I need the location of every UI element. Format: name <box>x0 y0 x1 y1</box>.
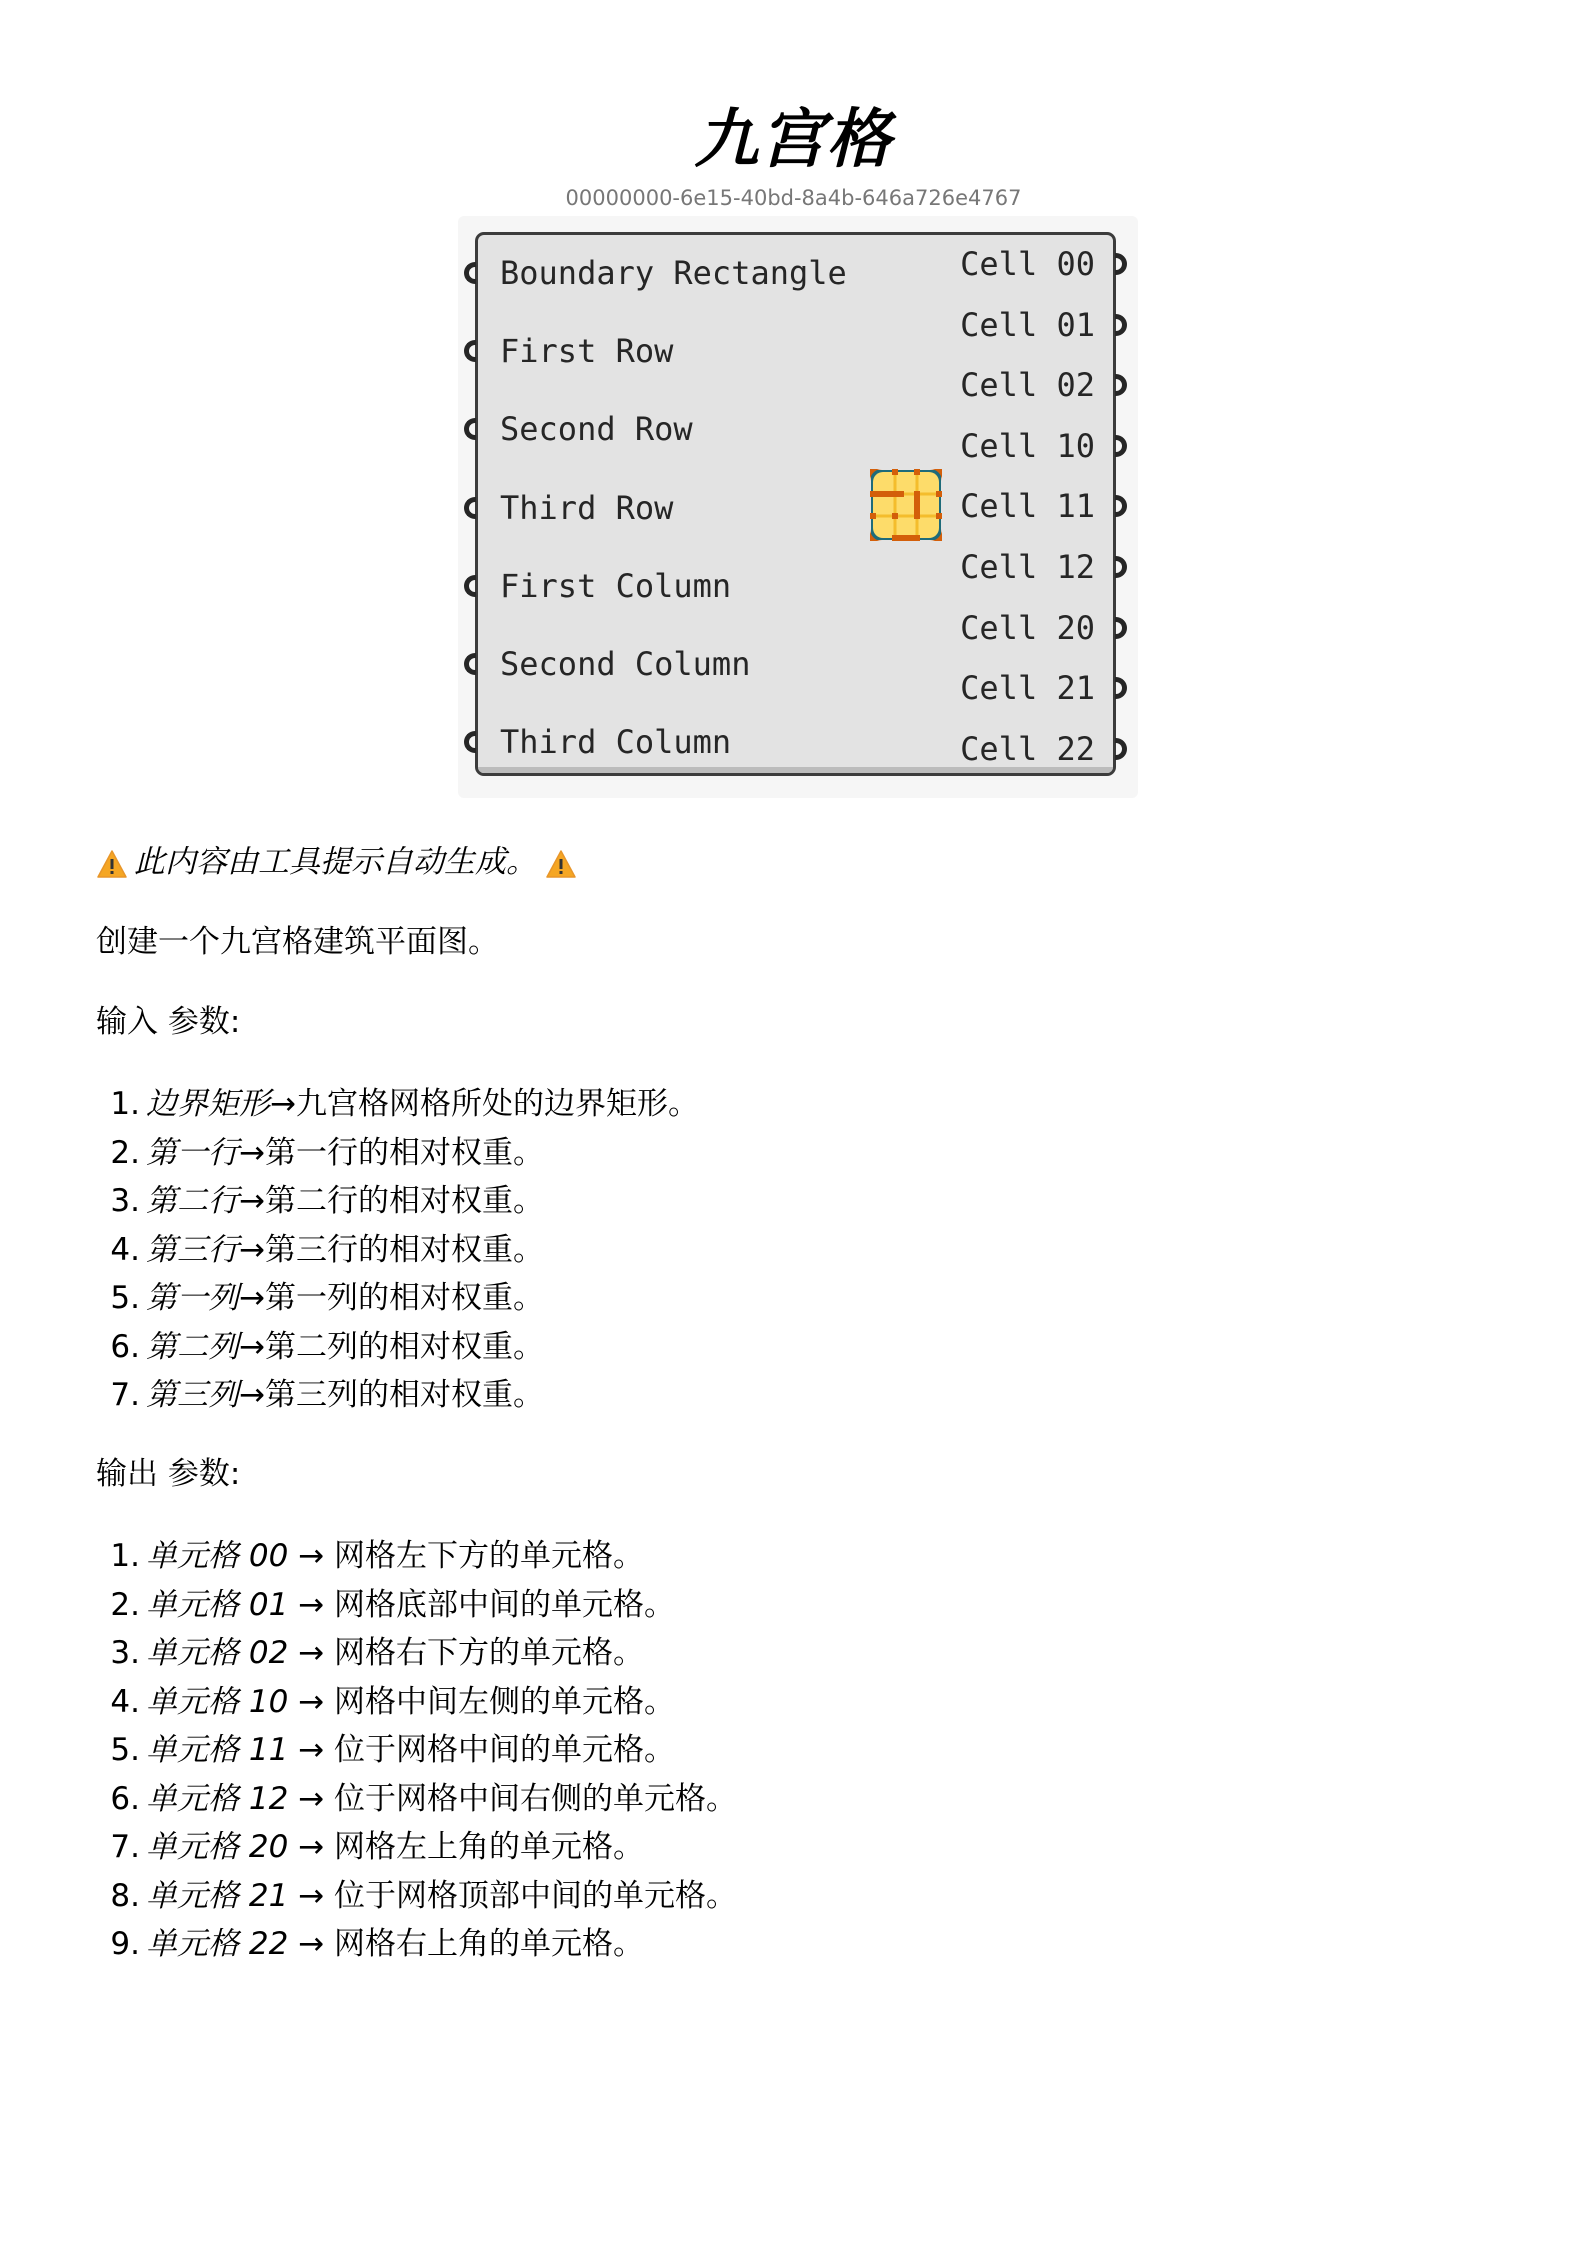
page-title: 九宫格 <box>0 100 1587 180</box>
inputs-heading: 输入 参数: <box>96 1000 240 1044</box>
description: 创建一个九宫格建筑平面图。 <box>96 920 499 964</box>
input-label: Third Row <box>500 488 673 528</box>
list-item: 1.单元格 00 → 网格左下方的单元格。 <box>100 1532 737 1581</box>
warning-icon <box>545 847 577 877</box>
output-label: Cell 12 <box>960 547 1095 587</box>
output-label: Cell 02 <box>960 365 1095 405</box>
input-label: Second Row <box>500 409 693 449</box>
inputs-list: 1.边界矩形→九宫格网格所处的边界矩形。 2.第一行→第一行的相对权重。 3.第… <box>100 1080 699 1420</box>
component-guid: 00000000-6e15-40bd-8a4b-646a726e4767 <box>0 184 1587 212</box>
outputs-heading: 输出 参数: <box>96 1452 240 1496</box>
output-label: Cell 11 <box>960 486 1095 526</box>
list-item: 7.单元格 20 → 网格左上角的单元格。 <box>100 1823 737 1872</box>
input-label: Second Column <box>500 644 750 684</box>
output-label: Cell 22 <box>960 729 1095 769</box>
warning-icon <box>96 847 128 877</box>
list-item: 3.第二行→第二行的相对权重。 <box>100 1177 699 1226</box>
notice-text: 此内容由工具提示自动生成。 <box>134 840 537 884</box>
list-item: 3.单元格 02 → 网格右下方的单元格。 <box>100 1629 737 1678</box>
outputs-list: 1.单元格 00 → 网格左下方的单元格。 2.单元格 01 → 网格底部中间的… <box>100 1532 737 1969</box>
list-item: 6.单元格 12 → 位于网格中间右侧的单元格。 <box>100 1775 737 1824</box>
list-item: 2.单元格 01 → 网格底部中间的单元格。 <box>100 1581 737 1630</box>
output-label: Cell 01 <box>960 305 1095 345</box>
list-item: 4.单元格 10 → 网格中间左侧的单元格。 <box>100 1678 737 1727</box>
list-item: 1.边界矩形→九宫格网格所处的边界矩形。 <box>100 1080 699 1129</box>
output-label: Cell 10 <box>960 426 1095 466</box>
output-label: Cell 21 <box>960 668 1095 708</box>
list-item: 5.单元格 11 → 位于网格中间的单元格。 <box>100 1726 737 1775</box>
output-label: Cell 20 <box>960 608 1095 648</box>
list-item: 5.第一列→第一列的相对权重。 <box>100 1274 699 1323</box>
input-label: First Column <box>500 566 731 606</box>
input-label: Boundary Rectangle <box>500 253 847 293</box>
list-item: 7.第三列→第三列的相对权重。 <box>100 1371 699 1420</box>
list-item: 4.第三行→第三行的相对权重。 <box>100 1226 699 1275</box>
output-label: Cell 00 <box>960 244 1095 284</box>
list-item: 2.第一行→第一行的相对权重。 <box>100 1129 699 1178</box>
list-item: 6.第二列→第二列的相对权重。 <box>100 1323 699 1372</box>
input-label: Third Column <box>500 722 731 762</box>
grasshopper-component[interactable]: Boundary Rectangle First Row Second Row … <box>475 232 1116 776</box>
list-item: 9.单元格 22 → 网格右上角的单元格。 <box>100 1920 737 1969</box>
list-item: 8.单元格 21 → 位于网格顶部中间的单元格。 <box>100 1872 737 1921</box>
input-label: First Row <box>500 331 673 371</box>
nine-grid-icon <box>870 469 942 541</box>
auto-generated-notice: 此内容由工具提示自动生成。 <box>96 840 577 884</box>
